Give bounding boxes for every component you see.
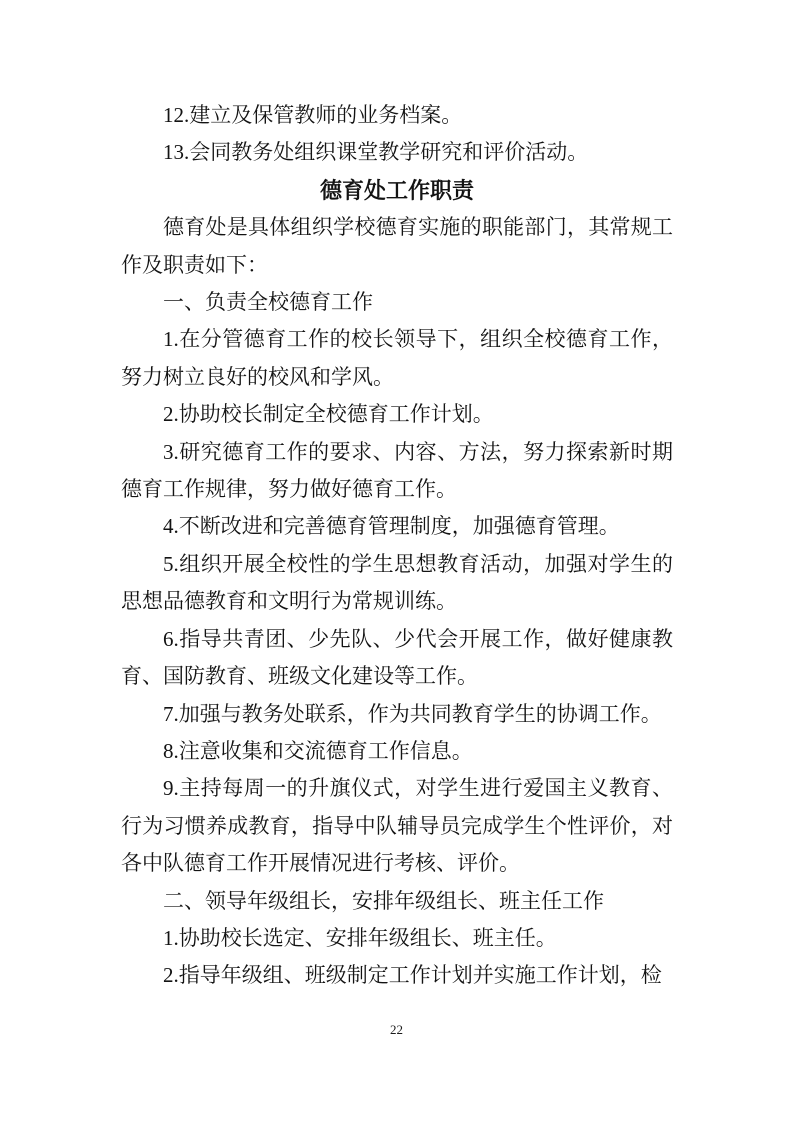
paragraph: 2.指导年级组、班级制定工作计划并实施工作计划，检 — [121, 957, 673, 994]
paragraph: 1.在分管德育工作的校长领导下，组织全校德育工作，努力树立良好的校风和学风。 — [121, 321, 673, 396]
paragraph: 7.加强与教务处联系，作为共同教育学生的协调工作。 — [121, 696, 673, 733]
paragraph: 2.协助校长制定全校德育工作计划。 — [121, 396, 673, 433]
paragraph: 12.建立及保管教师的业务档案。 — [121, 97, 673, 134]
paragraph: 9.主持每周一的升旗仪式，对学生进行爱国主义教育、行为习惯养成教育，指导中队辅导… — [121, 770, 673, 882]
paragraph: 13.会同教务处组织课堂教学研究和评价活动。 — [121, 134, 673, 171]
paragraph: 1.协助校长选定、安排年级组长、班主任。 — [121, 920, 673, 957]
document-page: 12.建立及保管教师的业务档案。 13.会同教务处组织课堂教学研究和评价活动。 … — [0, 0, 793, 1122]
document-body: 12.建立及保管教师的业务档案。 13.会同教务处组织课堂教学研究和评价活动。 … — [121, 97, 673, 995]
paragraph: 二、领导年级组长，安排年级组长、班主任工作 — [121, 883, 673, 920]
paragraph: 6.指导共青团、少先队、少代会开展工作，做好健康教育、国防教育、班级文化建设等工… — [121, 621, 673, 696]
paragraph: 4.不断改进和完善德育管理制度，加强德育管理。 — [121, 508, 673, 545]
page-number: 22 — [0, 1022, 793, 1038]
paragraph: 德育处是具体组织学校德育实施的职能部门，其常规工作及职责如下： — [121, 209, 673, 284]
section-heading: 德育处工作职责 — [121, 172, 673, 209]
paragraph: 一、负责全校德育工作 — [121, 284, 673, 321]
paragraph: 3.研究德育工作的要求、内容、方法，努力探索新时期德育工作规律，努力做好德育工作… — [121, 434, 673, 509]
paragraph: 5.组织开展全校性的学生思想教育活动，加强对学生的思想品德教育和文明行为常规训练… — [121, 546, 673, 621]
paragraph: 8.注意收集和交流德育工作信息。 — [121, 733, 673, 770]
